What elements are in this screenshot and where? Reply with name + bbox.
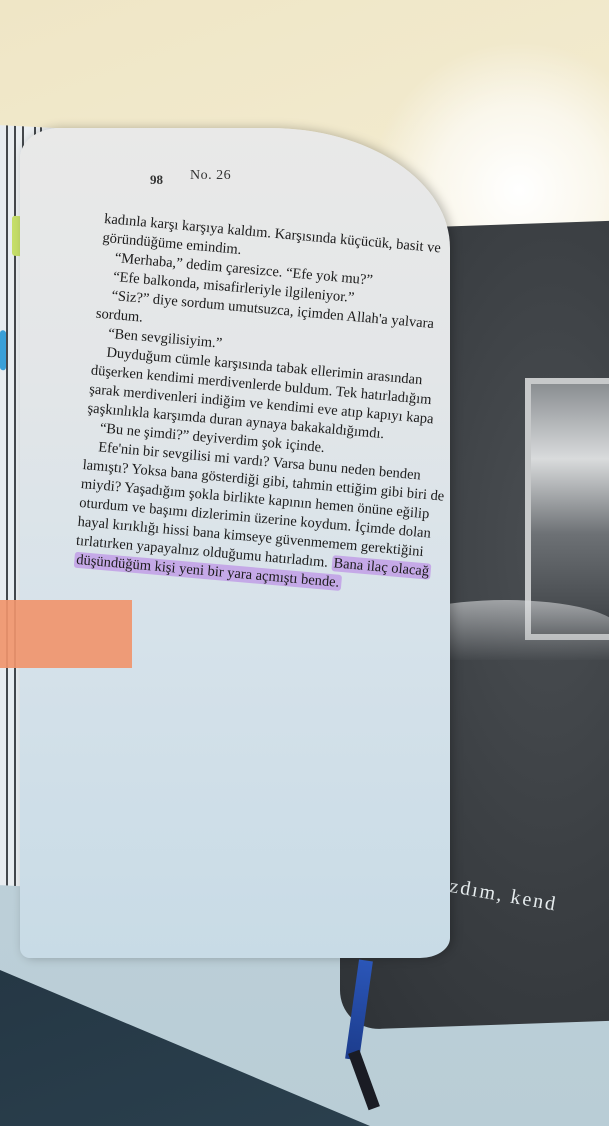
sticky-note-orange[interactable] xyxy=(0,600,132,668)
running-head: No. 26 xyxy=(190,168,231,184)
sticky-tab-blue[interactable] xyxy=(0,330,6,370)
page-text: kadınla karşı karşıya kaldım. Karşısında… xyxy=(74,210,444,599)
page-number: 98 xyxy=(150,172,163,188)
page-edge-line xyxy=(6,125,8,885)
